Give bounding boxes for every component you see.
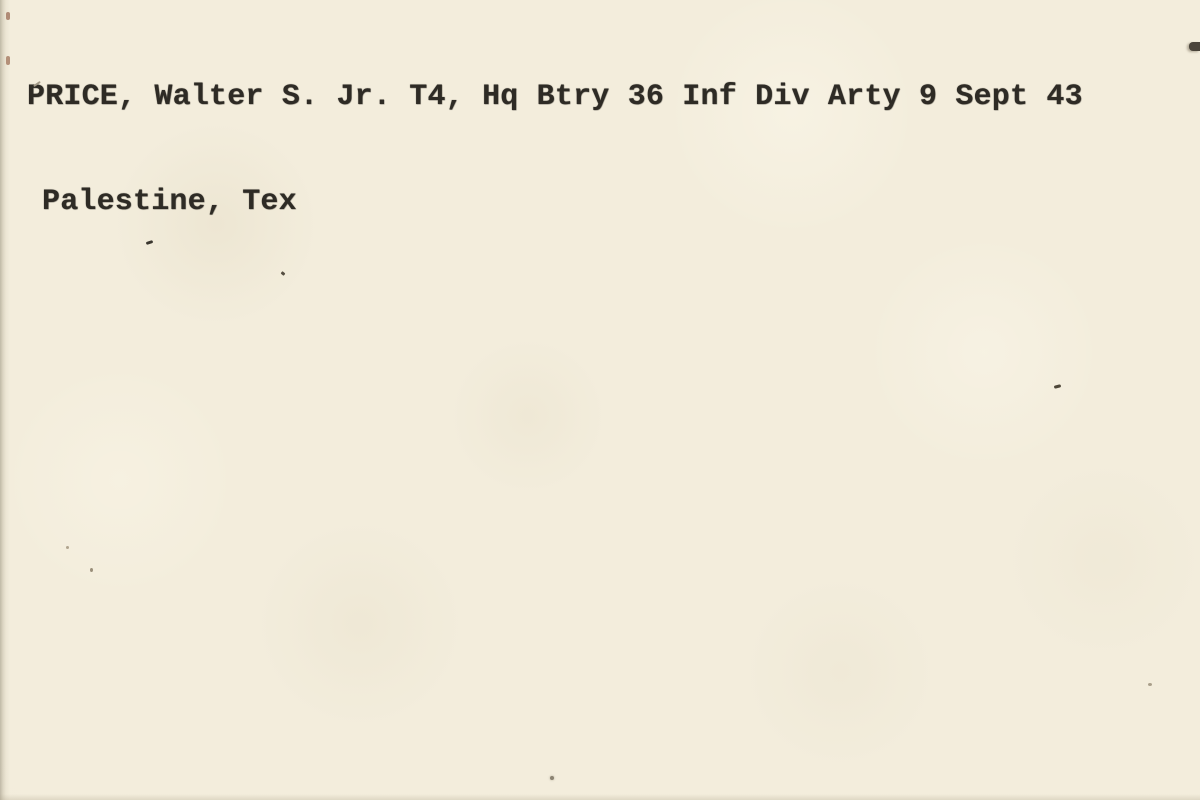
paper-speck: [90, 568, 93, 572]
paper-speck: [6, 12, 10, 20]
card-line-name-unit-date: PRICE, Walter S. Jr. T4, Hq Btry 36 Inf …: [27, 80, 1083, 115]
typed-text-block: PRICE, Walter S. Jr. T4, Hq Btry 36 Inf …: [27, 10, 1083, 290]
card-bottom-edge-shadow: [0, 794, 1200, 800]
paper-speck: [550, 776, 554, 780]
paper-speck: [1148, 683, 1152, 686]
card-line-hometown: Palestine, Tex: [27, 185, 1083, 220]
right-edge-ink-mark: [1189, 42, 1200, 51]
scanned-index-card: PRICE, Walter S. Jr. T4, Hq Btry 36 Inf …: [0, 0, 1200, 800]
card-left-edge-shadow: [0, 0, 10, 800]
paper-speck: [1054, 384, 1062, 389]
paper-speck: [6, 56, 10, 65]
paper-speck: [66, 546, 69, 549]
